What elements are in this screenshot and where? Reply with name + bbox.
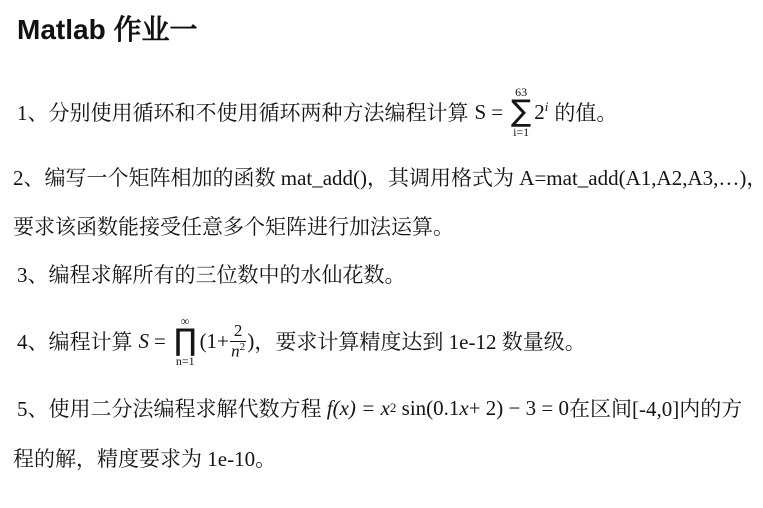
question-2-line-1: 2、编写一个矩阵相加的函数 mat_add()，其调用格式为 A=mat_add… [13,162,763,192]
q5-text-after: 在区间[-4,0]内的方 [569,393,742,423]
q1-text-before: 1、分别使用循环和不使用循环两种方法编程计算 [17,97,469,127]
q2-text-line1: 2、编写一个矩阵相加的函数 mat_add()，其调用格式为 A=mat_add… [13,162,763,192]
q4-close-paren: ) [247,329,254,354]
question-5-line-2: 程的解，精度要求为 1e-10。 [13,443,276,473]
document-title: Matlab 作业一 [17,8,197,48]
q5-rhs: + 2) − 3 = 0 [469,396,569,421]
q4-text-after: ，要求计算精度达到 1e-12 数量级。 [254,326,585,356]
pi-product-icon: ∏ [174,327,197,356]
prod-lower-limit: n=1 [176,355,195,367]
sum-lower-limit: i=1 [513,126,529,138]
q3-text: 3、编程求解所有的三位数中的水仙花数。 [17,259,406,289]
q4-symbol-S: S [139,329,150,354]
q1-equals: = [491,100,503,125]
q5-sin-part: sin(0.1 [396,396,459,421]
fraction-denominator: n2 [231,342,245,361]
q4-text-before: 4、编程计算 [17,326,133,356]
fraction-den-exp: 2 [240,341,246,353]
q1-text-after: 的值。 [554,97,617,127]
product-symbol: ∞ ∏ n=1 [174,315,197,368]
fraction-den-var: n [231,341,240,360]
question-5-line-1: 5、使用二分法编程求解代数方程 f(x) = x2 sin(0.1x+ 2) −… [17,391,742,425]
fraction-numerator: 2 [230,322,247,342]
q1-term-base: 2 [534,100,545,124]
question-2-line-2: 要求该函数能接受任意多个矩阵进行加法运算。 [13,211,454,241]
q4-equals: = [154,329,166,354]
q2-text-line2: 要求该函数能接受任意多个矩阵进行加法运算。 [13,211,454,241]
question-1: 1、分别使用循环和不使用循环两种方法编程计算 S = 63 ∑ i=1 2i 的… [17,84,617,140]
q1-term: 2i [534,100,548,125]
sigma-icon: ∑ [511,98,531,127]
q5-formula: f(x) = x2 sin(0.1x+ 2) − 3 = 0 [327,396,569,421]
q4-formula: S = ∞ ∏ n=1 (1+ 2 n2 ) [133,315,255,368]
question-4: 4、编程计算 S = ∞ ∏ n=1 (1+ 2 n2 ) ，要求计算精度达到 … [17,312,586,370]
q5-inner-x: x [459,396,468,421]
q1-formula: S = 63 ∑ i=1 2i [469,86,549,139]
q5-text-before: 5、使用二分法编程求解代数方程 [17,393,327,423]
q4-fraction: 2 n2 [230,322,247,360]
question-3: 3、编程求解所有的三位数中的水仙花数。 [17,259,406,289]
summation-symbol: 63 ∑ i=1 [511,86,531,139]
q5-fx-lhs: f(x) = x [327,396,390,421]
q5-text-line2: 程的解，精度要求为 1e-10。 [13,443,276,473]
document-page: Matlab 作业一 1、分别使用循环和不使用循环两种方法编程计算 S = 63… [0,0,763,508]
q1-term-exponent: i [545,99,549,114]
q1-symbol-S: S [475,100,487,125]
q4-open-paren: (1+ [200,329,229,354]
